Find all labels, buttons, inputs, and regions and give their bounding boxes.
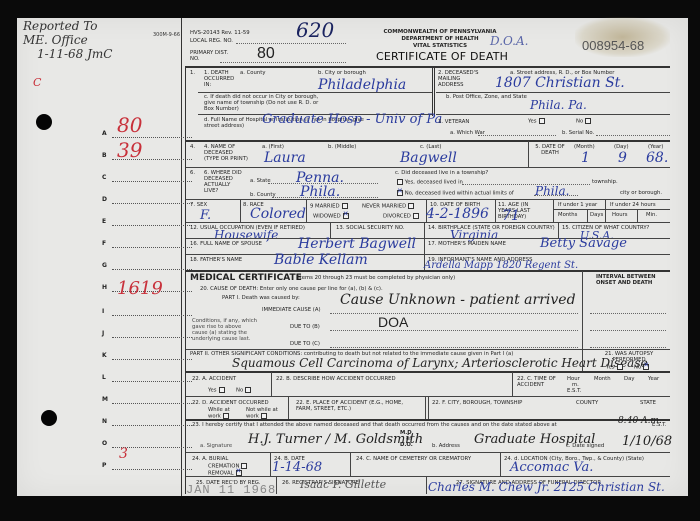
agency-line-2: DEPARTMENT OF HEALTH: [370, 36, 510, 43]
township-no[interactable]: No, deceased lived within actual limits …: [395, 190, 514, 197]
township-yes[interactable]: Yes, deceased lived in: [395, 179, 463, 186]
certify-text: 23. I hereby certify that I attended the…: [192, 422, 557, 428]
stub-row-c: C: [102, 174, 192, 184]
stub-row-g: G: [102, 262, 192, 272]
stub-value-b: 39: [117, 138, 142, 162]
city-limits-suffix: city or borough.: [620, 190, 662, 196]
township-no-checkbox[interactable]: [397, 190, 403, 196]
date-signed-value: 1/10/68: [622, 434, 672, 449]
stub-row-k: K: [102, 352, 192, 362]
name-label: 4. NAME OF DECEASED (Type or print): [204, 144, 248, 162]
fathers-name-label: 18. FATHER'S NAME: [190, 257, 242, 263]
burial-date-value: 1-14-68: [272, 460, 322, 475]
part-2-value: Squamous Cell Carcinoma of Larynx; Arter…: [232, 356, 648, 370]
occupation-value: Housewife: [214, 228, 278, 242]
township-suffix: township.: [592, 179, 618, 185]
divorced-option[interactable]: DIVORCED: [383, 213, 419, 220]
reported-note-line-1: Reported To: [23, 20, 98, 33]
last-name-value: Bagwell: [400, 150, 457, 166]
not-while-at-work[interactable]: Not while at work: [246, 407, 282, 420]
autopsy-yes[interactable]: Yes: [606, 364, 623, 371]
married-checkbox[interactable]: [342, 203, 348, 209]
residence-label: 6. WHERE DID DECEASED ACTUALLY LIVE?: [204, 170, 244, 194]
medical-note: (Items 20 through 23 must be completed b…: [296, 275, 455, 281]
accident-label: 22. a. ACCIDENT: [192, 376, 236, 382]
stub-row-o: O: [102, 440, 192, 450]
min-label: Min.: [646, 212, 657, 218]
certificate-title: CERTIFICATE OF DEATH: [376, 50, 508, 63]
describe-accident-label: 22. b. DESCRIBE HOW ACCIDENT OCCURRED: [276, 376, 396, 382]
conditions-label: Conditions, if any, which gave rise to a…: [192, 318, 258, 342]
stub-value-h: 1619: [117, 278, 163, 299]
registrar-signature-value: Isaac P. Gillette: [300, 478, 386, 491]
punch-hole-top: [36, 114, 52, 130]
county-of-residence-value: Phila.: [300, 184, 340, 200]
township-yes-checkbox[interactable]: [397, 179, 403, 185]
stub-value-o: 3: [119, 446, 128, 462]
reported-note-line-2: ME. Office: [23, 34, 88, 47]
hours-label: Hours: [612, 212, 628, 218]
certificate-number: 008954-68: [582, 38, 644, 53]
punch-hole-bottom: [41, 410, 57, 426]
signature-label: a. Signature: [200, 443, 232, 449]
month-value: 1: [581, 150, 590, 166]
stub-row-e: E: [102, 218, 192, 228]
signature-value: H.J. Turner / M. Goldsmith: [248, 432, 423, 447]
stub-row-f: F: [102, 240, 192, 250]
agency-line-3: VITAL STATISTICS: [370, 43, 510, 50]
fathers-name-value: Bable Kellam: [274, 252, 368, 268]
veteran-yes-checkbox[interactable]: [539, 118, 545, 124]
first-name-value: Laura: [264, 150, 306, 166]
stub-row-i: I: [102, 308, 192, 318]
mothers-maiden-name-value: Betty Savage: [540, 236, 627, 251]
race-value: Colored: [250, 206, 306, 222]
never-married-option[interactable]: NEVER MARRIED: [362, 203, 414, 210]
accident-no-checkbox[interactable]: [245, 387, 251, 393]
certify-est: E.S.T.: [652, 422, 666, 428]
township-question: c. Did deceased live in a township?: [395, 170, 488, 176]
accident-yes-checkbox[interactable]: [219, 387, 225, 393]
accident-est-label: E.S.T.: [567, 388, 581, 394]
accident-no[interactable]: No: [236, 387, 251, 394]
autopsy-yes-checkbox[interactable]: [617, 364, 623, 370]
accident-county-label: COUNTY: [576, 400, 598, 406]
cremation-option[interactable]: CREMATION: [208, 463, 247, 470]
interval-label: INTERVAL BETWEEN ONSET AND DEATH: [596, 274, 666, 286]
part-1-label: PART I. Death was caused by:: [222, 295, 300, 301]
cemetery-label: 24. c. NAME OF CEMETERY OR CREMATORY: [356, 456, 471, 462]
due-to-b-label: DUE TO (b): [290, 324, 320, 330]
widowed-checkbox[interactable]: [343, 213, 349, 219]
death-occurred-label: 1. DEATH OCCURRED IN:: [204, 70, 238, 88]
local-reg-label: LOCAL REG. NO.: [190, 38, 233, 44]
stub-row-n: N: [102, 418, 192, 428]
months-label: Months: [558, 212, 577, 218]
primary-dist-label: PRIMARY DIST. NO.: [190, 50, 230, 62]
mailing-address-label: 2. DECEASED'S MAILING ADDRESS: [438, 70, 482, 88]
red-mark-c: C: [33, 76, 41, 89]
hospital-value: Graduate Hosp - Univ of Pa: [262, 112, 442, 127]
county-label: a. County: [240, 70, 265, 76]
under-1-year-label: If under 1 year: [558, 202, 597, 208]
day-value: 9: [618, 150, 627, 166]
autopsy-no-checkbox[interactable]: [643, 364, 649, 370]
accident-month-label: Month: [594, 376, 611, 382]
veteran-yes[interactable]: Yes: [528, 118, 545, 125]
place-of-accident-label: 22. e. PLACE OF ACCIDENT (e.g., home, fa…: [296, 400, 416, 412]
tally-stub: Reported To ME. Office 1-11-68 JmC 300M-…: [17, 18, 182, 496]
veteran-label: 3. VETERAN: [438, 119, 469, 125]
form-code: 300M-9-66: [153, 32, 180, 38]
stub-row-m: M: [102, 396, 192, 406]
time-of-accident-label: 22. c. TIME OF ACCIDENT: [517, 376, 561, 388]
stub-row-a: A: [102, 130, 192, 140]
divorced-checkbox[interactable]: [413, 213, 419, 219]
sex-value: F.: [200, 208, 211, 223]
spouse-label: 16. FULL NAME OF SPOUSE: [190, 241, 262, 247]
birthplace-value: Virginia: [450, 228, 498, 242]
stub-row-b: B: [102, 152, 192, 162]
serial-label: b. Serial No.: [562, 130, 594, 136]
accident-yes[interactable]: Yes: [208, 387, 225, 394]
cremation-checkbox[interactable]: [241, 463, 247, 469]
accident-state-label: STATE: [640, 400, 656, 406]
autopsy-no[interactable]: No: [634, 364, 649, 371]
date-received-stamp: JAN 11 1968: [186, 483, 276, 497]
stub-row-p: P: [102, 462, 192, 472]
city-label: b. City or borough: [318, 70, 366, 76]
mothers-maiden-name-label: 17. MOTHER'S MAIDEN NAME: [428, 241, 506, 247]
immediate-cause-label: IMMEDIATE CAUSE (a): [262, 307, 321, 313]
stub-row-d: D: [102, 196, 192, 206]
accident-year-label: Year: [648, 376, 659, 382]
stub-value-a: 80: [117, 113, 142, 137]
under-24-hours-label: If under 24 hours: [610, 202, 656, 208]
widowed-option[interactable]: WIDOWED: [313, 213, 349, 220]
accident-day-label: Day: [624, 376, 634, 382]
never-married-checkbox[interactable]: [408, 203, 414, 209]
street-value: 1807 Christian St.: [495, 75, 625, 91]
accident-city-label: 22. f. CITY, BOROUGH, TOWNSHIP: [432, 400, 522, 406]
post-office-label: b. Post Office, Zone, and State: [446, 94, 527, 100]
doa-note: D.O.A.: [490, 34, 528, 48]
medical-heading: MEDICAL CERTIFICATE: [190, 273, 302, 283]
married-option[interactable]: 9 MARRIED: [310, 203, 348, 210]
social-security-label: 13. SOCIAL SECURITY NO.: [336, 225, 404, 231]
burial-label: 24. a. BURIAL: [192, 456, 228, 462]
agency-line-1: COMMONWEALTH OF PENNSYLVANIA: [370, 29, 510, 36]
middle-name-label: b. (Middle): [328, 144, 356, 150]
due-to-c-label: DUE TO (c): [290, 341, 320, 347]
date-signed-label: c. Date signed: [566, 443, 604, 449]
form-number: HVS-20143 Rev. 11-59: [190, 30, 250, 36]
veteran-no-checkbox[interactable]: [585, 118, 591, 124]
funeral-director-value: Charles M. Chew Jr. 2125 Christian St.: [428, 480, 665, 494]
autopsy-label: 21. WAS AUTOPSY PERFORMED: [594, 351, 664, 363]
days-label: Days: [590, 212, 603, 218]
veteran-no[interactable]: No: [576, 118, 591, 125]
accident-occurred-label: 22. d. ACCIDENT OCCURRED: [192, 400, 269, 406]
local-reg-value: 620: [296, 18, 334, 42]
date-of-death-label: 5. DATE OF DEATH: [534, 144, 566, 156]
city-value: Philadelphia: [318, 77, 406, 93]
township-label: c. If death did not occur in City or bor…: [204, 94, 324, 112]
date-of-birth-value: 4-2-1896: [426, 206, 489, 222]
immediate-cause-value: Cause Unknown - patient arrived: [340, 292, 576, 308]
stub-row-l: L: [102, 374, 192, 384]
spouse-value: Herbert Bagwell: [298, 236, 416, 252]
primary-dist-value: 80: [257, 45, 275, 63]
stub-row-j: J: [102, 330, 192, 340]
location-value: Accomac Va.: [510, 460, 593, 475]
due-to-b-value: DOA: [378, 314, 408, 330]
reported-note-line-3: 1-11-68 JmC: [37, 48, 112, 61]
while-at-work[interactable]: While at work: [208, 407, 238, 420]
year-value: 68.: [646, 150, 668, 166]
address-label: b. Address: [432, 443, 460, 449]
post-office-value: Phila. Pa.: [530, 98, 587, 112]
